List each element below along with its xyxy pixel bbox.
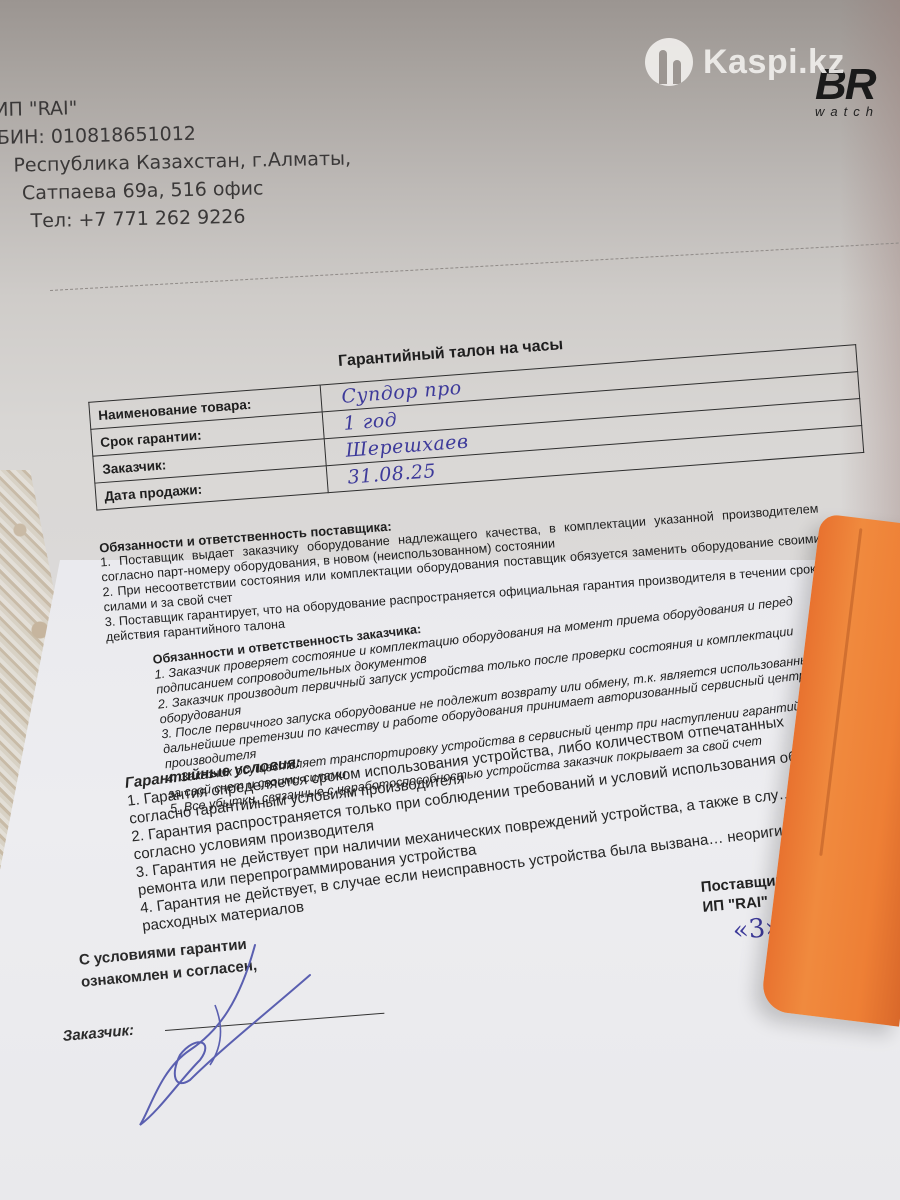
kaspi-logo-icon xyxy=(645,38,693,86)
brand-subtitle: watch xyxy=(815,104,879,119)
kaspi-watermark: Kaspi.kz xyxy=(645,38,845,86)
handwritten-signature-icon xyxy=(120,940,340,1140)
watermark-text: Kaspi.kz xyxy=(703,43,845,82)
company-header: ИП "RAI" БИН: 010818651012 Республика Ка… xyxy=(0,89,353,236)
